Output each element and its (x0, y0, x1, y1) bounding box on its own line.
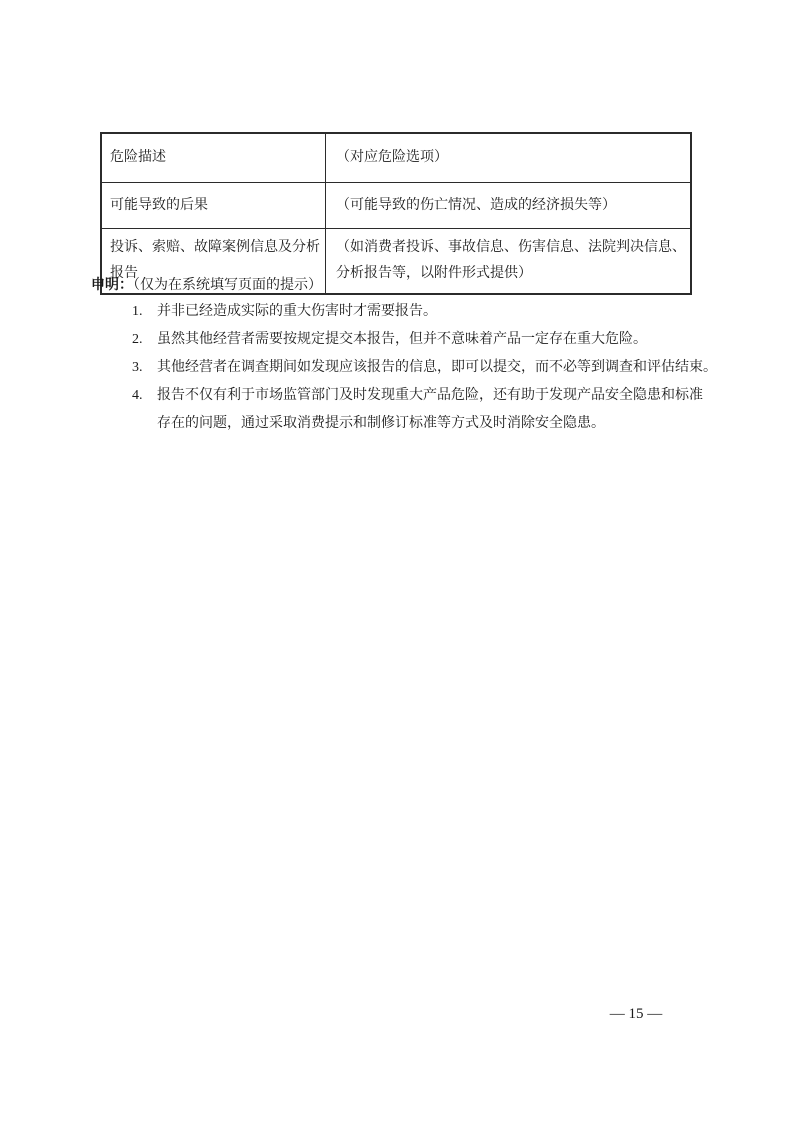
risk-info-table: 危险描述 （对应危险选项） 可能导致的后果 （可能导致的伤亡情况、造成的经济损失… (100, 132, 692, 295)
notes-list: 1. 并非已经造成实际的重大伤害时才需要报告。 2. 虽然其他经营者需要按规定提… (132, 298, 729, 438)
statement-label: 申明： (91, 278, 133, 293)
row-value-cell: （如消费者投诉、事故信息、伤害信息、法院判决信息、分析报告等，以附件形式提供） (326, 229, 692, 295)
statement-heading: 申明：（仅为在系统填写页面的提示） (91, 276, 322, 296)
list-item-number: 3. (132, 354, 157, 382)
row-label-cell: 危险描述 (101, 133, 326, 183)
list-item-text: 并非已经造成实际的重大伤害时才需要报告。 (157, 298, 713, 326)
list-item: 1. 并非已经造成实际的重大伤害时才需要报告。 (132, 298, 729, 326)
list-item-text: 报告不仅有利于市场监管部门及时发现重大产品危险，还有助于发现产品安全隐患和标准存… (157, 382, 709, 438)
table-row: 危险描述 （对应危险选项） (101, 133, 691, 183)
list-item-number: 2. (132, 326, 157, 354)
list-item: 4. 报告不仅有利于市场监管部门及时发现重大产品危险，还有助于发现产品安全隐患和… (132, 382, 729, 438)
list-item: 2. 虽然其他经营者需要按规定提交本报告，但并不意味着产品一定存在重大危险。 (132, 326, 729, 354)
page-number: — 15 — (576, 1004, 696, 1024)
list-item-text: 其他经营者在调查期间如发现应该报告的信息，即可以提交，而不必等到调查和评估结束。 (157, 354, 729, 382)
list-item-text: 虽然其他经营者需要按规定提交本报告，但并不意味着产品一定存在重大危险。 (157, 326, 713, 354)
statement-note: （仅为在系统填写页面的提示） (133, 278, 322, 293)
table-row: 可能导致的后果 （可能导致的伤亡情况、造成的经济损失等） (101, 183, 691, 229)
row-label-cell: 可能导致的后果 (101, 183, 326, 229)
list-item-number: 4. (132, 382, 157, 410)
row-value-cell: （可能导致的伤亡情况、造成的经济损失等） (326, 183, 692, 229)
list-item: 3. 其他经营者在调查期间如发现应该报告的信息，即可以提交，而不必等到调查和评估… (132, 354, 729, 382)
row-value-cell: （对应危险选项） (326, 133, 692, 183)
list-item-number: 1. (132, 298, 157, 326)
document-page: 危险描述 （对应危险选项） 可能导致的后果 （可能导致的伤亡情况、造成的经济损失… (0, 0, 793, 1122)
